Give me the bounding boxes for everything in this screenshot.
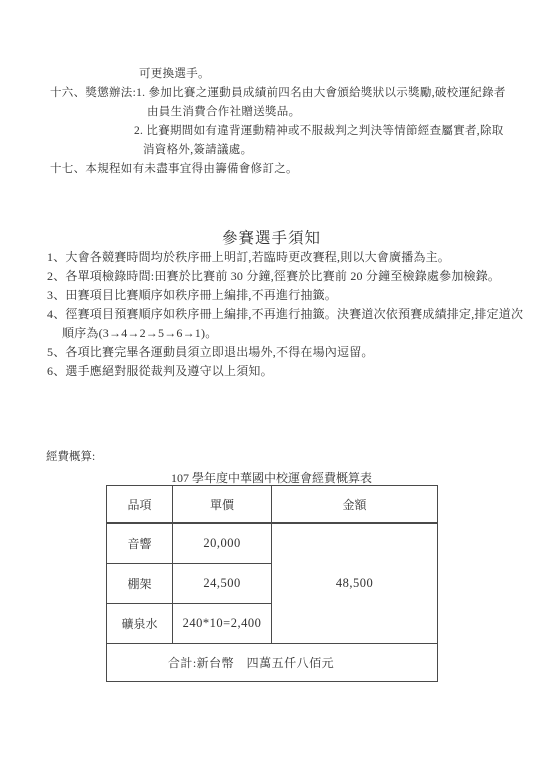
item-cell: 棚架 <box>107 564 173 604</box>
rule-line-16-cont: 由員生消費合作社贈送獎品。 <box>0 103 543 122</box>
notice-item-4: 4、徑賽項目預賽順序如秩序冊上編排,不再進行抽籤。決賽道次依預賽成績排定,排定道… <box>47 305 543 324</box>
column-header-amount: 金額 <box>272 486 438 524</box>
notice-title: 參賽選手須知 <box>0 226 543 248</box>
rules-continuation-block: 可更換選手。 十六、獎懲辦法:1. 參加比賽之運動員成績前四名由大會頒給獎狀以示… <box>0 65 543 179</box>
table-row: 音響 20,000 48,500 <box>107 523 438 564</box>
notice-item-5: 5、各項比賽完畢各運動員須立即退出場外,不得在場內逗留。 <box>47 343 543 362</box>
notice-item-2: 2、各單項檢錄時間:田賽於比賽前 30 分鐘,徑賽於比賽前 20 分鐘至檢錄處參… <box>47 267 543 286</box>
total-cell: 合計:新台幣 四萬五仟八佰元 <box>107 644 438 682</box>
unit-price-cell: 240*10=2,400 <box>173 604 272 644</box>
rule-line-17: 十七、本規程如有未盡事宜得由籌備會修訂之。 <box>0 160 543 179</box>
budget-section-label: 經費概算: <box>46 448 95 464</box>
document-page: 可更換選手。 十六、獎懲辦法:1. 參加比賽之運動員成績前四名由大會頒給獎狀以示… <box>0 0 543 768</box>
unit-price-cell: 20,000 <box>173 523 272 564</box>
notice-item-1: 1、大會各競賽時間均於秩序冊上明訂,若臨時更改賽程,則以大會廣播為主。 <box>47 248 543 267</box>
rule-line-16: 十六、獎懲辦法:1. 參加比賽之運動員成績前四名由大會頒給獎狀以示獎勵,破校運紀… <box>0 84 543 103</box>
column-header-item: 品項 <box>107 486 173 524</box>
rule-line-16-2: 2. 比賽期間如有違背運動精神或不服裁判之判決等情節經查屬實者,除取 <box>0 122 543 141</box>
unit-price-cell: 24,500 <box>173 564 272 604</box>
notice-item-4-cont: 順序為(3→4→2→5→6→1)。 <box>47 324 543 343</box>
column-header-unit-price: 單價 <box>173 486 272 524</box>
notice-item-6: 6、選手應絕對服從裁判及遵守以上須知。 <box>47 362 543 381</box>
table-total-row: 合計:新台幣 四萬五仟八佰元 <box>107 644 438 682</box>
table-header-row: 品項 單價 金額 <box>107 486 438 524</box>
item-cell: 音響 <box>107 523 173 564</box>
budget-table: 品項 單價 金額 音響 20,000 48,500 棚架 24,500 礦泉水 … <box>106 485 438 682</box>
notice-list: 1、大會各競賽時間均於秩序冊上明訂,若臨時更改賽程,則以大會廣播為主。 2、各單… <box>47 248 543 381</box>
rule-line-16-2-cont: 消資格外,簽請議處。 <box>0 141 543 160</box>
item-cell: 礦泉水 <box>107 604 173 644</box>
notice-item-3: 3、田賽項目比賽順序如秩序冊上編排,不再進行抽籤。 <box>47 286 543 305</box>
amount-merged-cell: 48,500 <box>272 523 438 644</box>
rule-line-continuation: 可更換選手。 <box>0 65 543 84</box>
budget-table-title: 107 學年度中華國中校運會經費概算表 <box>0 469 543 486</box>
